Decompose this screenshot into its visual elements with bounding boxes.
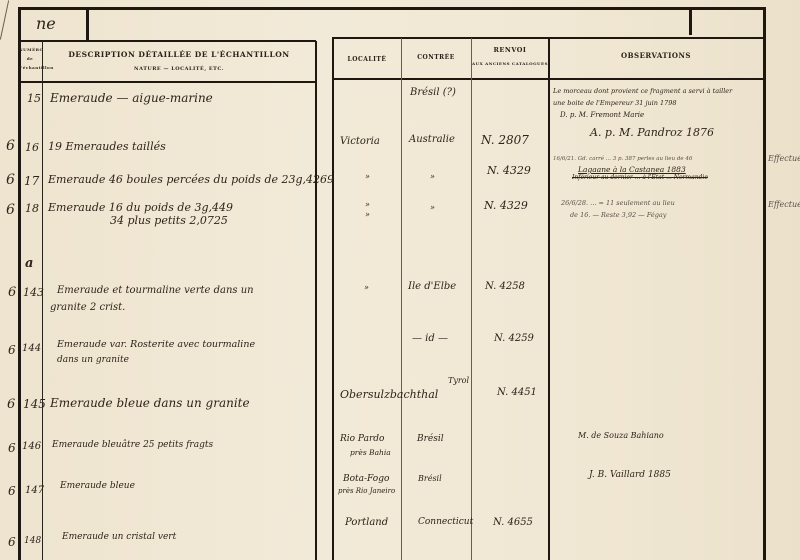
row-contree: Brésil (?) (410, 87, 456, 98)
row-observation-line: D. p. M. Fremont Marie (560, 111, 644, 119)
row-observation-line: Lagaane à la Castanea 1883 (578, 165, 686, 174)
row-margin-mark: 6 (7, 397, 15, 412)
row-margin-mark: 6 (6, 138, 15, 154)
row-contree: Ile d'Elbe (408, 281, 456, 292)
row-observation-line: 26/6/28. ... = 11 seulement au lieu (561, 199, 675, 207)
header-bottom-rule-left (18, 81, 316, 83)
row-renvoi: N. 4329 (487, 164, 531, 177)
row-localite: Portland (345, 517, 388, 528)
observations-col-rule (548, 38, 550, 560)
row-description: 19 Emeraudes taillés (48, 140, 166, 153)
top-right-divider (689, 8, 692, 35)
row-renvoi: N. 4258 (485, 281, 525, 292)
corner-box-divider (86, 8, 89, 41)
row-number: 16 (25, 141, 39, 154)
row-number: 147 (25, 485, 44, 496)
row-observation-line: de 16. — Reste 3,92 — Fégay (570, 211, 666, 219)
row-number: 15 (27, 92, 41, 105)
row-margin-mark: 6 (8, 285, 16, 300)
left-rule (18, 7, 21, 560)
row-observation-line: M. de Souza Bahiano (578, 431, 664, 440)
row-localite-line2: près Bahia (350, 448, 391, 457)
row-contree: Connecticut (418, 517, 473, 527)
header-renvoi-sub: AUX ANCIENS CATALOGUES (471, 61, 549, 66)
header-renvoi: RENVOI (471, 46, 549, 54)
row-note: Effectué (768, 154, 800, 163)
corner-label: ne (36, 14, 56, 33)
row-renvoi: N. 4329 (484, 199, 528, 212)
number-col-rule (42, 41, 43, 560)
row-number: 143 (23, 286, 44, 299)
row-observation-line: 16/6/21. Gd. carré ... 3 p. 387 perles a… (553, 156, 692, 162)
header-localite: LOCALITÉ (333, 56, 401, 63)
row-description: Emeraude et tourmaline verte dans un (57, 285, 254, 296)
row-localite: » (365, 172, 370, 181)
row-renvoi: N. 4259 (494, 333, 534, 344)
row-localite-line2: » (365, 210, 370, 219)
localite-left-rule (332, 38, 334, 560)
row-observation-line: A. p. M. Pandroz 1876 (590, 126, 714, 139)
row-localite: Obersulzbachthal (340, 388, 438, 401)
row-description: Emeraude 16 du poids de 3g,449 (48, 201, 233, 214)
row-localite: » (364, 283, 369, 292)
row-margin-mark: 6 (8, 535, 16, 549)
row-observation-line: Le morceau dont provient ce fragment a s… (553, 87, 732, 95)
header-numero-line3: l'échantillon (19, 63, 41, 72)
row-contree: — id — (412, 333, 448, 344)
row-margin-mark: 6 (8, 484, 16, 498)
row-note: Effectué (768, 200, 800, 209)
row-margin-mark: 6 (8, 343, 16, 357)
row-observation-line: Inférieur au dernier ... à l'État ... No… (572, 174, 708, 181)
row-localite-line2: près Rio Janeiro (338, 487, 395, 495)
row-observation-line: J. B. Vaillard 1885 (589, 470, 671, 480)
row-renvoi: N. 4451 (497, 387, 537, 398)
header-numero-line2: de (19, 54, 41, 63)
header-description: DESCRIPTION DÉTAILLÉE DE L'ÉCHANTILLON (42, 50, 316, 59)
row-margin-mark: 6 (6, 202, 15, 218)
row-number: 148 (24, 536, 41, 546)
row-margin-mark: 6 (6, 172, 15, 188)
row-renvoi: N. 4655 (493, 517, 533, 528)
row-description: Emeraude — aigue-marine (50, 91, 213, 105)
contree-col-rule (401, 38, 402, 560)
renvoi-col-rule (471, 38, 472, 560)
ledger-page: ne NUMÉRO de l'échantillon DESCRIPTION D… (0, 0, 800, 560)
header-description-sub: NATURE — LOCALITÉ, ETC. (42, 66, 316, 72)
row-number: 146 (22, 441, 41, 452)
row-localite-line2: Tyrol (448, 376, 469, 385)
description-col-rule (315, 41, 317, 560)
row-number: a (25, 256, 33, 271)
header-contree: CONTRÉE (401, 54, 471, 61)
header-numero: NUMÉRO de l'échantillon (19, 45, 41, 72)
row-contree: Australie (409, 134, 455, 145)
row-description: Emeraude bleuâtre 25 petits fragts (52, 440, 213, 450)
row-contree: » (430, 203, 435, 212)
header-top-rule-left (18, 40, 316, 42)
row-renvoi: N. 2807 (481, 133, 529, 147)
row-number: 144 (22, 343, 41, 354)
row-localite: » (365, 200, 370, 209)
right-rule (763, 7, 766, 560)
row-localite: Rio Pardo (340, 434, 384, 444)
row-observation-line: une boite de l'Empereur 31 juin 1798 (553, 99, 677, 107)
row-description-line2: 34 plus petits 2,0725 (110, 214, 228, 227)
row-description: Emeraude bleue (60, 481, 135, 491)
row-description: Emeraude un cristal vert (62, 532, 176, 542)
row-description: Emeraude var. Rosterite avec tourmaline (57, 339, 255, 350)
row-contree: Brésil (418, 474, 442, 483)
row-description: Emeraude 46 boules percées du poids de 2… (48, 173, 334, 186)
margin-stroke (0, 0, 9, 39)
row-description: Emeraude bleue dans un granite (50, 396, 250, 410)
row-contree: Brésil (417, 434, 444, 444)
row-description-line2: dans un granite (57, 355, 129, 365)
row-number: 18 (25, 202, 39, 215)
header-observations: OBSERVATIONS (549, 51, 763, 60)
row-description-line2: granite 2 crist. (50, 302, 125, 313)
header-numero-line1: NUMÉRO (19, 45, 41, 54)
row-localite: Bota-Fogo (343, 474, 389, 484)
top-rule (18, 7, 766, 10)
row-number: 17 (24, 174, 39, 188)
row-margin-mark: 6 (8, 441, 16, 455)
row-number: 145 (23, 397, 46, 411)
row-localite: Victoria (340, 136, 380, 147)
row-contree: » (430, 172, 435, 181)
